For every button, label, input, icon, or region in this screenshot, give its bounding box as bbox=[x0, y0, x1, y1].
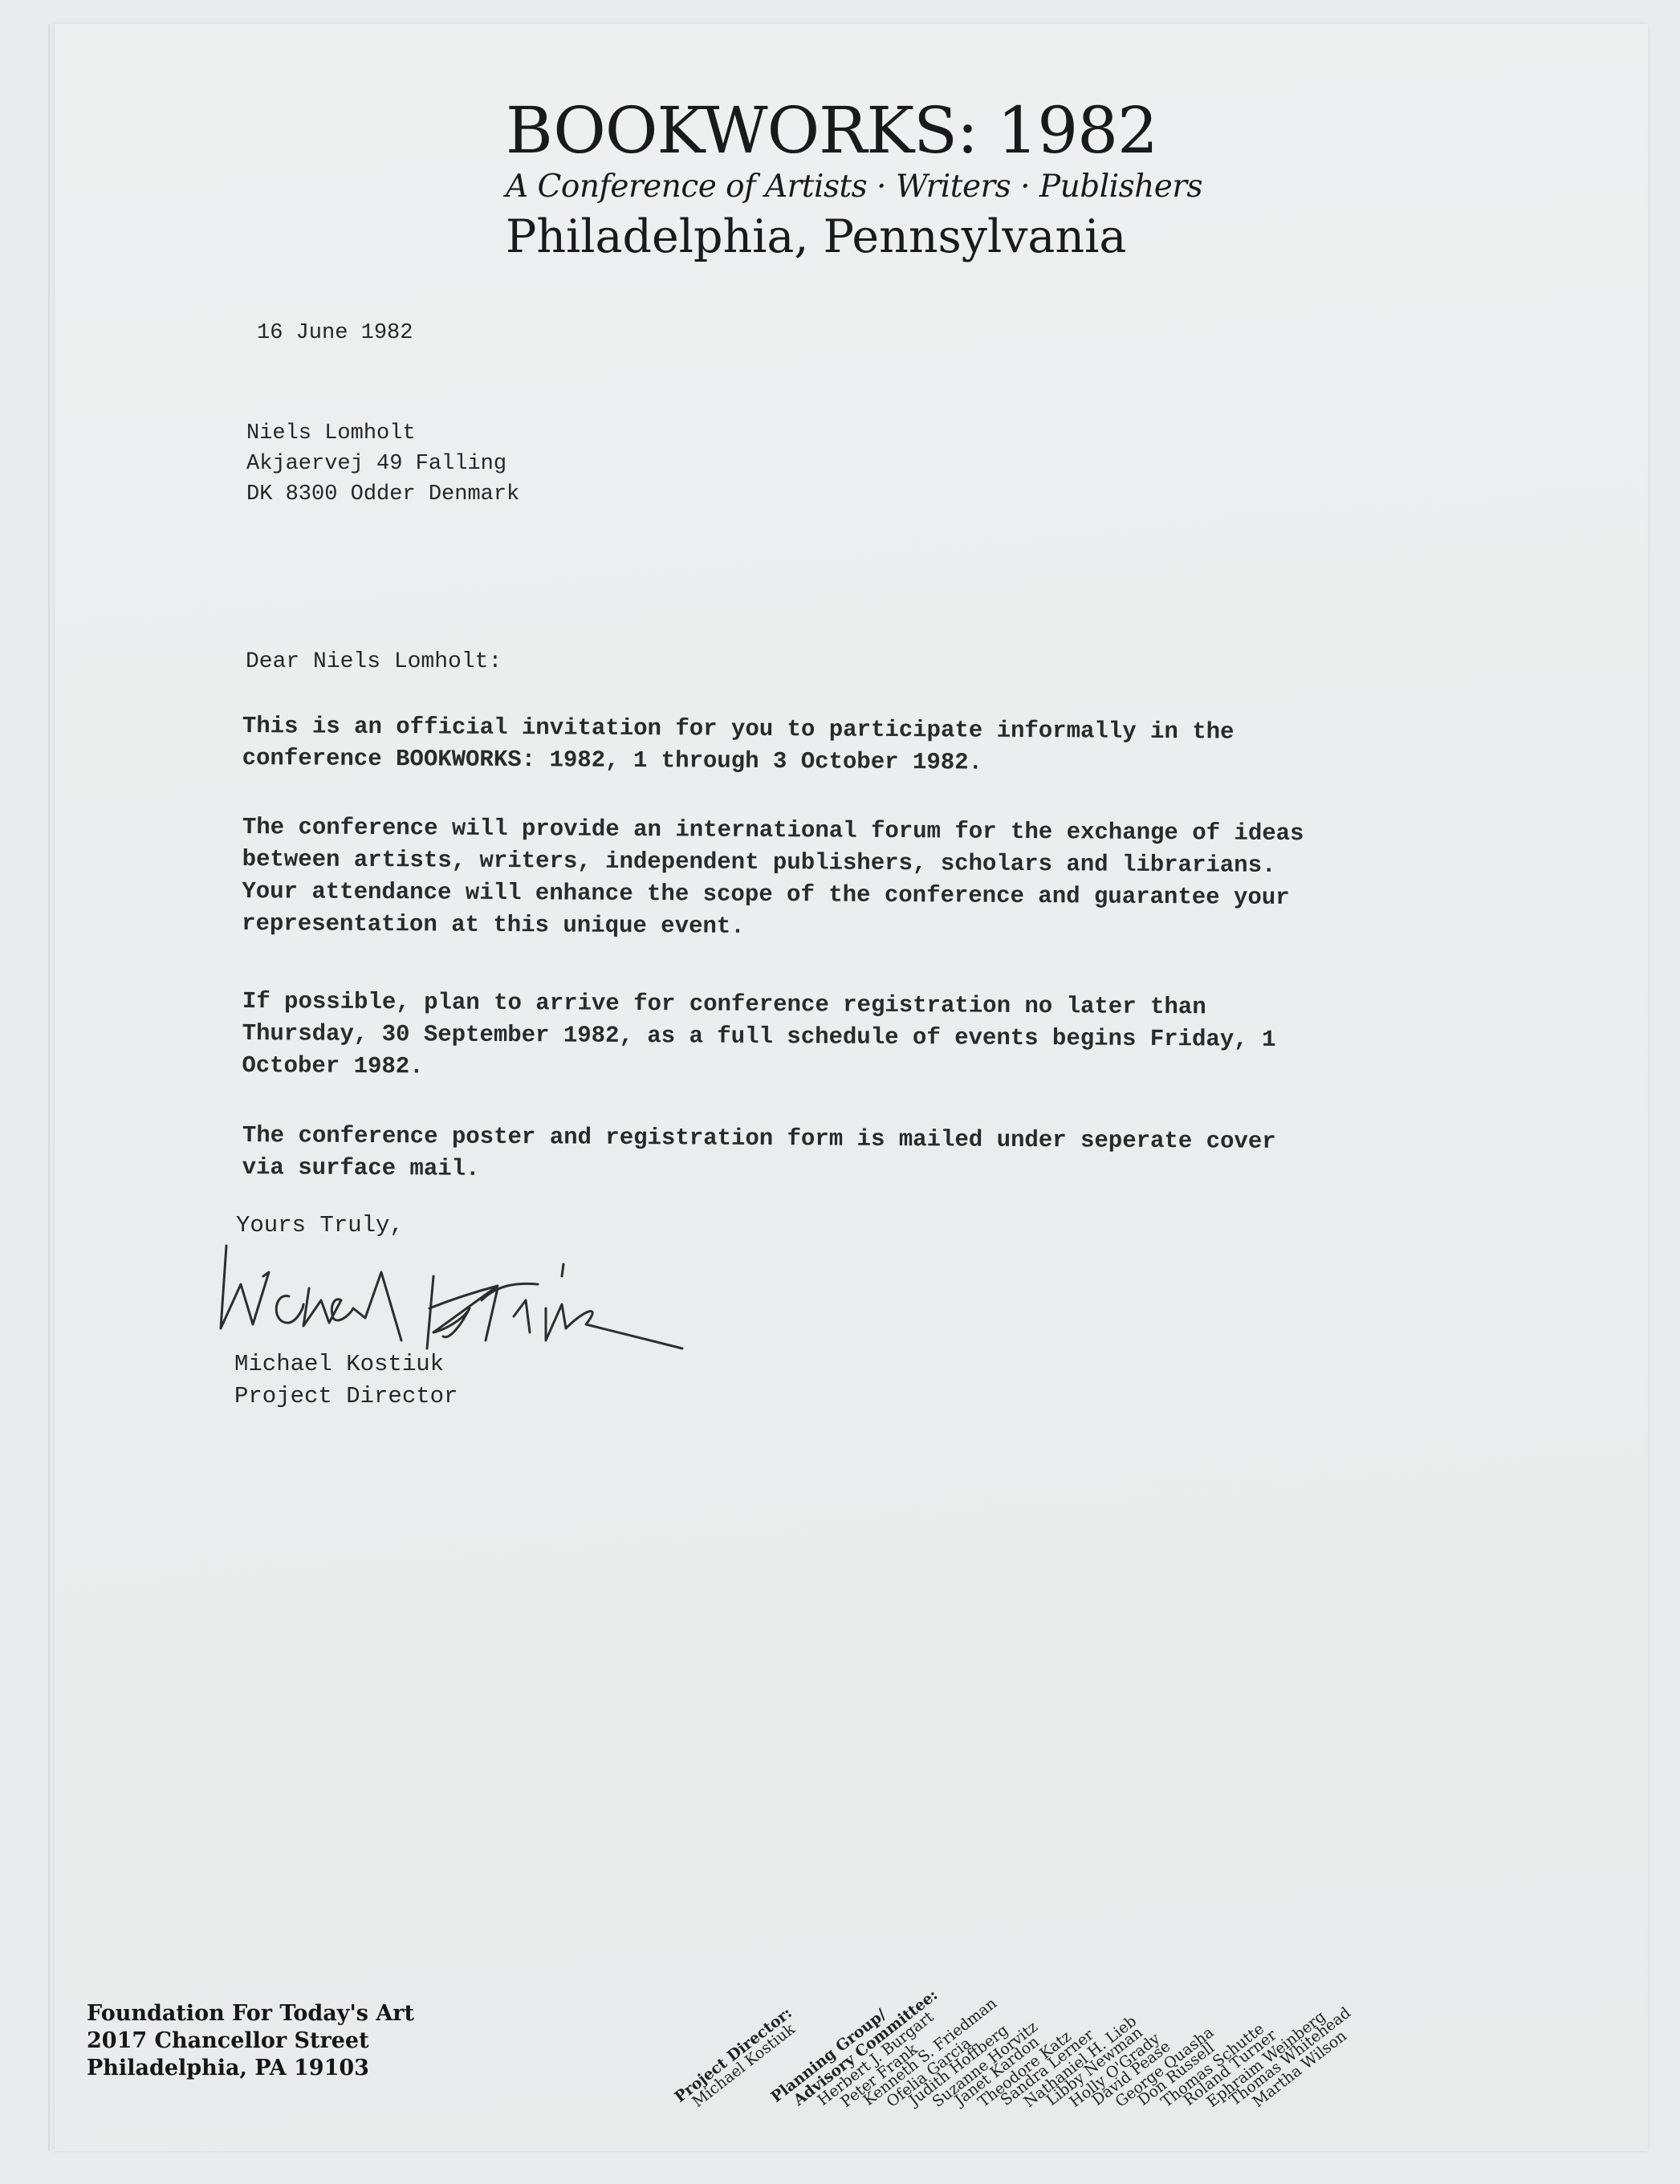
signature-icon bbox=[209, 1228, 867, 1356]
letterhead: BOOKWORKS: 1982 A Conference of Artists … bbox=[506, 95, 1252, 265]
recipient-address: Niels LomholtAkjaervej 49 FallingDK 8300… bbox=[246, 418, 519, 510]
paragraph-arrival: If possible, plan to arrive for conferen… bbox=[242, 986, 1276, 1088]
signer-title: Project Director bbox=[234, 1381, 458, 1413]
paragraph-invitation: This is an official invitation for you t… bbox=[242, 710, 1235, 781]
letterhead-location: Philadelphia, Pennsylvania bbox=[506, 209, 1252, 265]
footer-address: Foundation For Today's Art 2017 Chancell… bbox=[87, 2000, 414, 2082]
letterhead-subtitle: A Conference of Artists · Writers · Publ… bbox=[506, 169, 1252, 205]
letter-date: 16 June 1982 bbox=[257, 317, 413, 349]
signer-name: Michael Kostiuk bbox=[234, 1348, 458, 1381]
signer-block: Michael KostiukProject Director bbox=[234, 1348, 458, 1413]
recipient-name: Niels Lomholt bbox=[246, 418, 519, 449]
salutation: Dear Niels Lomholt: bbox=[246, 646, 502, 678]
letterhead-title: BOOKWORKS: 1982 bbox=[506, 95, 1252, 167]
paragraph-mailing: The conference poster and registration f… bbox=[242, 1120, 1276, 1190]
paragraph-forum: The conference will provide an internati… bbox=[242, 811, 1304, 946]
footer-street: 2017 Chancellor Street bbox=[87, 2027, 414, 2055]
paper-edge bbox=[48, 24, 50, 2151]
footer-organization: Foundation For Today's Art bbox=[87, 2000, 414, 2027]
recipient-street: Akjaervej 49 Falling bbox=[246, 449, 519, 479]
footer-city: Philadelphia, PA 19103 bbox=[87, 2055, 414, 2082]
recipient-city: DK 8300 Odder Denmark bbox=[246, 479, 519, 510]
